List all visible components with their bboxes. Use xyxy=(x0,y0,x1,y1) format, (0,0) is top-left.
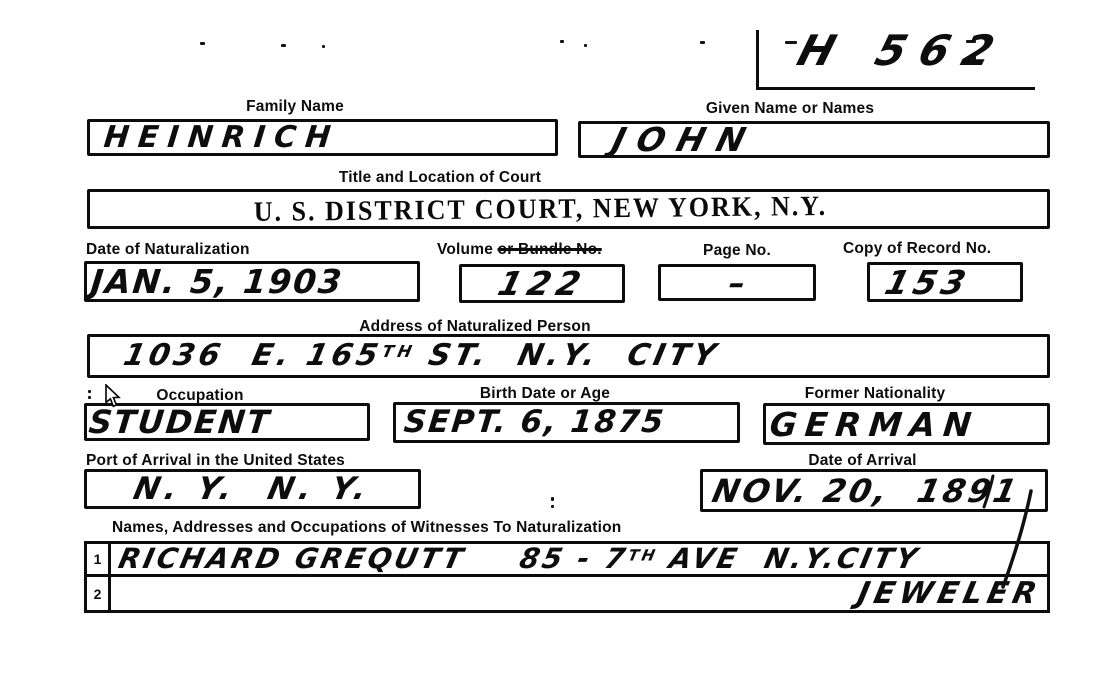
scan-speck xyxy=(281,44,286,47)
witness-row-2-value: JEWELER xyxy=(111,577,1047,610)
scan-speck xyxy=(551,497,554,501)
volume-box: 122 xyxy=(459,264,625,303)
witness-row-1-number: 1 xyxy=(87,544,111,574)
birth-date-label: Birth Date or Age xyxy=(415,385,675,403)
witness-row-2: 2 JEWELER xyxy=(87,577,1047,610)
port-of-arrival-box: N. Y. N. Y. xyxy=(84,469,421,509)
scan-speck xyxy=(200,42,205,45)
address-value-post: ST. N.Y. CITY xyxy=(411,338,723,373)
former-nationality-label: Former Nationality xyxy=(765,385,985,403)
witness-row-1-value: RICHARD GREQUTT 85 - 7TH AVE N.Y.CITY xyxy=(111,544,1047,574)
court-box: U. S. DISTRICT COURT, NEW YORK, N.Y. xyxy=(87,189,1050,229)
family-name-box: HEINRICH xyxy=(87,119,558,156)
page-no-value: – xyxy=(727,267,746,299)
port-of-arrival-value: N. Y. N. Y. xyxy=(131,474,374,505)
copy-of-record-value: 153 xyxy=(866,266,974,299)
family-name-value: HEINRICH xyxy=(88,123,340,153)
date-of-arrival-value: NOV. 20, 1891 xyxy=(700,475,1023,507)
family-name-label: Family Name xyxy=(185,98,405,116)
witness-2-occupation: JEWELER xyxy=(855,579,1050,609)
naturalization-index-card: H 562 Family Name HEINRICH Given Name or… xyxy=(0,0,1100,677)
given-name-value: JOHN xyxy=(577,123,761,156)
scan-speck xyxy=(584,44,587,47)
copy-of-record-box: 153 xyxy=(867,262,1023,302)
former-nationality-box: GERMAN xyxy=(763,403,1050,445)
witness-1-address-pre: 85 - 7 xyxy=(517,542,632,575)
volume-label-text: Volume xyxy=(437,241,498,258)
address-box: 1036 E. 165TH ST. N.Y. CITY xyxy=(87,334,1050,378)
card-number-box: H 562 xyxy=(756,30,1035,90)
copy-of-record-label: Copy of Record No. xyxy=(843,240,991,258)
date-of-naturalization-label: Date of Naturalization xyxy=(86,241,250,259)
volume-label: Volume or Bundle No. xyxy=(437,241,602,259)
court-stamp-value: U. S. DISTRICT COURT, NEW YORK, N.Y. xyxy=(62,188,1019,230)
scan-speck xyxy=(551,505,554,508)
witness-1-address-post: AVE N.Y.CITY xyxy=(654,542,924,575)
date-of-arrival-label: Date of Arrival xyxy=(755,452,970,470)
scan-speck xyxy=(700,41,705,44)
address-value: 1036 E. 165TH ST. N.Y. CITY xyxy=(87,341,722,371)
date-of-naturalization-value: JAN. 5, 1903 xyxy=(85,265,345,298)
given-name-label: Given Name or Names xyxy=(630,100,950,118)
former-nationality-value: GERMAN xyxy=(764,408,981,441)
page-no-box: – xyxy=(658,264,816,301)
scan-speck xyxy=(88,396,91,399)
witness-1-name: RICHARD GREQUTT xyxy=(108,545,468,573)
witnesses-table: 1 RICHARD GREQUTT 85 - 7TH AVE N.Y.CITY … xyxy=(84,541,1050,613)
date-of-arrival-box: NOV. 20, 1891 xyxy=(700,469,1048,512)
court-label: Title and Location of Court xyxy=(280,169,600,187)
birth-date-value: SEPT. 6, 1875 xyxy=(394,407,666,438)
date-of-naturalization-box: JAN. 5, 1903 xyxy=(84,261,420,302)
address-value-sup: TH xyxy=(380,342,417,361)
volume-value: 122 xyxy=(494,267,589,300)
occupation-box: STUDENT xyxy=(84,403,370,441)
witness-1-address-sup: TH xyxy=(627,546,660,564)
volume-label-struck-text: or Bundle No. xyxy=(498,241,602,258)
card-number-value: H 562 xyxy=(793,30,1012,72)
birth-date-box: SEPT. 6, 1875 xyxy=(393,402,740,443)
occupation-value: STUDENT xyxy=(85,406,272,438)
given-name-box: JOHN xyxy=(578,121,1050,158)
witness-row-1: 1 RICHARD GREQUTT 85 - 7TH AVE N.Y.CITY xyxy=(87,544,1047,577)
witnesses-label: Names, Addresses and Occupations of Witn… xyxy=(112,519,621,537)
witness-1-address: 85 - 7TH AVE N.Y.CITY xyxy=(517,545,922,573)
scan-speck xyxy=(88,390,91,393)
scan-speck xyxy=(322,45,325,48)
witness-row-2-number: 2 xyxy=(87,577,111,610)
scan-speck xyxy=(560,40,564,43)
page-no-label: Page No. xyxy=(657,242,817,260)
port-of-arrival-label: Port of Arrival in the United States xyxy=(86,452,345,470)
address-value-pre: 1036 E. 165 xyxy=(120,338,385,373)
